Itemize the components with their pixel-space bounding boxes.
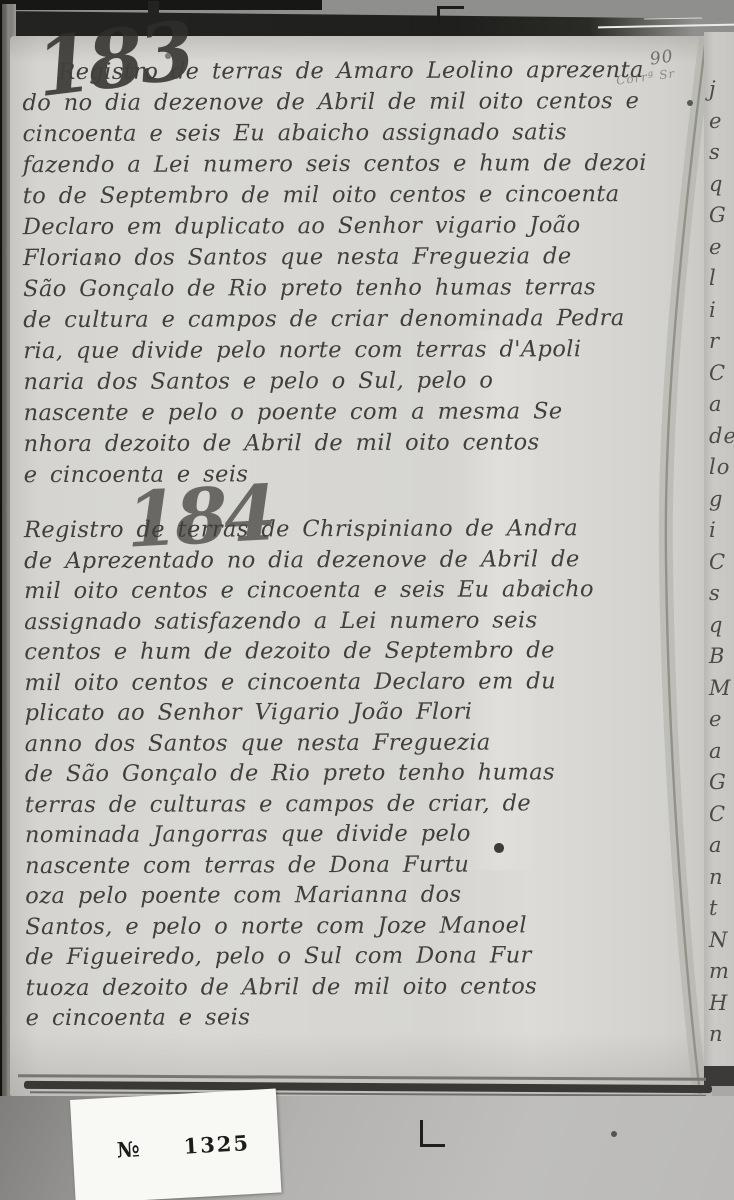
fragment-line: de xyxy=(709,421,734,453)
handwritten-line: Declaro em duplicato ao Senhor vigario J… xyxy=(23,210,683,243)
handwritten-line: anno dos Santos que nesta Freguezia xyxy=(25,726,685,759)
archive-number-label: №1325 xyxy=(70,1089,281,1200)
scan-top-black-edge xyxy=(0,0,322,10)
handwritten-line: Santos, e pelo o norte com Joze Manoel xyxy=(25,909,685,942)
handwritten-line: e cincoenta e seis xyxy=(24,458,684,491)
handwritten-line: do no dia dezenove de Abril de mil oito … xyxy=(22,86,682,119)
handwritten-line: mil oito centos e cincoenta e seis Eu ab… xyxy=(24,574,684,607)
fragment-line: a xyxy=(709,389,734,421)
fragment-line: e xyxy=(709,232,734,264)
fragment-line: H xyxy=(709,988,734,1020)
fragment-line: C xyxy=(709,799,734,831)
handwritten-line: nominada Jangorras que divide pelo xyxy=(25,818,685,851)
handwritten-line: tuoza dezoito de Abril de mil oito cento… xyxy=(25,970,685,1003)
fragment-line: a xyxy=(709,736,734,768)
fragment-line: C xyxy=(709,547,734,579)
fragment-line: e xyxy=(709,106,734,138)
fragment-line: lo xyxy=(709,452,734,484)
fragment-line: g xyxy=(709,484,734,516)
handwritten-line: Floriano dos Santos que nesta Freguezia … xyxy=(23,241,683,274)
fragment-line: q xyxy=(709,610,734,642)
fragment-line: n xyxy=(709,1019,734,1051)
record-184-text: Registro de terras de Chrispiniano de An… xyxy=(24,513,686,1034)
handwritten-line: de São Gonçalo de Rio preto tenho humas xyxy=(25,757,685,790)
page-edge-tab xyxy=(148,1,159,13)
handwritten-line: naria dos Santos e pelo o Sul, pelo o xyxy=(23,365,683,398)
archive-number-value: 1325 xyxy=(183,1130,251,1159)
fragment-line: t xyxy=(709,893,734,925)
adjacent-page-text-fragments: jesqGelirCadelogiCsqBMeaGCantNmHn xyxy=(704,32,734,1051)
handwritten-line: Registro de terras de Amaro Leolino apre… xyxy=(22,55,682,88)
handwritten-line: nhora dezoito de Abril de mil oito cento… xyxy=(24,427,684,460)
fragment-line: C xyxy=(709,358,734,390)
fragment-line: e xyxy=(709,704,734,736)
handwritten-line: mil oito centos e cincoenta Declaro em d… xyxy=(24,665,684,698)
handwritten-line: de Figueiredo, pelo o Sul com Dona Fur xyxy=(25,940,685,973)
record-183-text: Registro de terras de Amaro Leolino apre… xyxy=(22,55,684,491)
fragment-line: i xyxy=(709,515,734,547)
fragment-line: G xyxy=(709,767,734,799)
ink-specks xyxy=(0,0,4,4)
fragment-line: N xyxy=(709,925,734,957)
handwritten-line: cincoenta e seis Eu abaicho assignado sa… xyxy=(23,117,683,150)
handwritten-line: de Aprezentado no dia dezenove de Abril … xyxy=(24,543,684,576)
fragment-line: q xyxy=(709,169,734,201)
handwritten-line: nascente com terras de Dona Furtu xyxy=(25,848,685,881)
handwritten-text: Registro de terras de Amaro Leolino apre… xyxy=(22,55,685,1034)
adjacent-page-bottom-shadow xyxy=(704,1066,734,1086)
handwritten-line: Registro de terras de Chrispiniano de An… xyxy=(24,513,684,546)
fragment-line: r xyxy=(709,326,734,358)
numero-symbol: № xyxy=(116,1136,142,1162)
handwritten-line: e cincoenta e seis xyxy=(26,1001,686,1034)
fragment-line: j xyxy=(709,74,734,106)
fragment-line: m xyxy=(709,956,734,988)
fragment-line: l xyxy=(709,263,734,295)
fragment-line: i xyxy=(709,295,734,327)
archive-number-text: №1325 xyxy=(116,1130,250,1162)
handwritten-line: plicato ao Senhor Vigario João Flori xyxy=(25,696,685,729)
handwritten-line: de cultura e campos de criar denominada … xyxy=(23,303,683,336)
fragment-line: n xyxy=(709,862,734,894)
handwritten-line: ria, que divide pelo norte com terras d'… xyxy=(23,334,683,367)
fragment-line: a xyxy=(709,830,734,862)
scanned-register-page: 90 Corrª Sr 183 184 Registro de terras d… xyxy=(0,0,734,1200)
handwritten-line: terras de culturas e campos de criar, de xyxy=(25,787,685,820)
handwritten-line: assignado satisfazendo a Lei numero seis xyxy=(24,604,684,637)
handwritten-line: centos e hum de dezoito de Septembro de xyxy=(24,635,684,668)
handwritten-line: nascente e pelo o poente com a mesma Se xyxy=(23,396,683,429)
fragment-line: s xyxy=(709,578,734,610)
adjacent-page-sliver: jesqGelirCadelogiCsqBMeaGCantNmHn xyxy=(704,32,734,1078)
fragment-line: B xyxy=(709,641,734,673)
fragment-line: s xyxy=(709,137,734,169)
handwritten-line: fazendo a Lei numero seis centos e hum d… xyxy=(23,148,683,181)
handwritten-line: oza pelo poente com Marianna dos xyxy=(25,879,685,912)
fragment-line: G xyxy=(709,200,734,232)
crop-corner-mark-bottom xyxy=(420,1120,445,1147)
fragment-line: M xyxy=(709,673,734,705)
crop-corner-mark-top xyxy=(437,6,464,26)
handwritten-line: to de Septembro de mil oito centos e cin… xyxy=(23,179,683,212)
handwritten-line: São Gonçalo de Rio preto tenho humas ter… xyxy=(23,272,683,305)
